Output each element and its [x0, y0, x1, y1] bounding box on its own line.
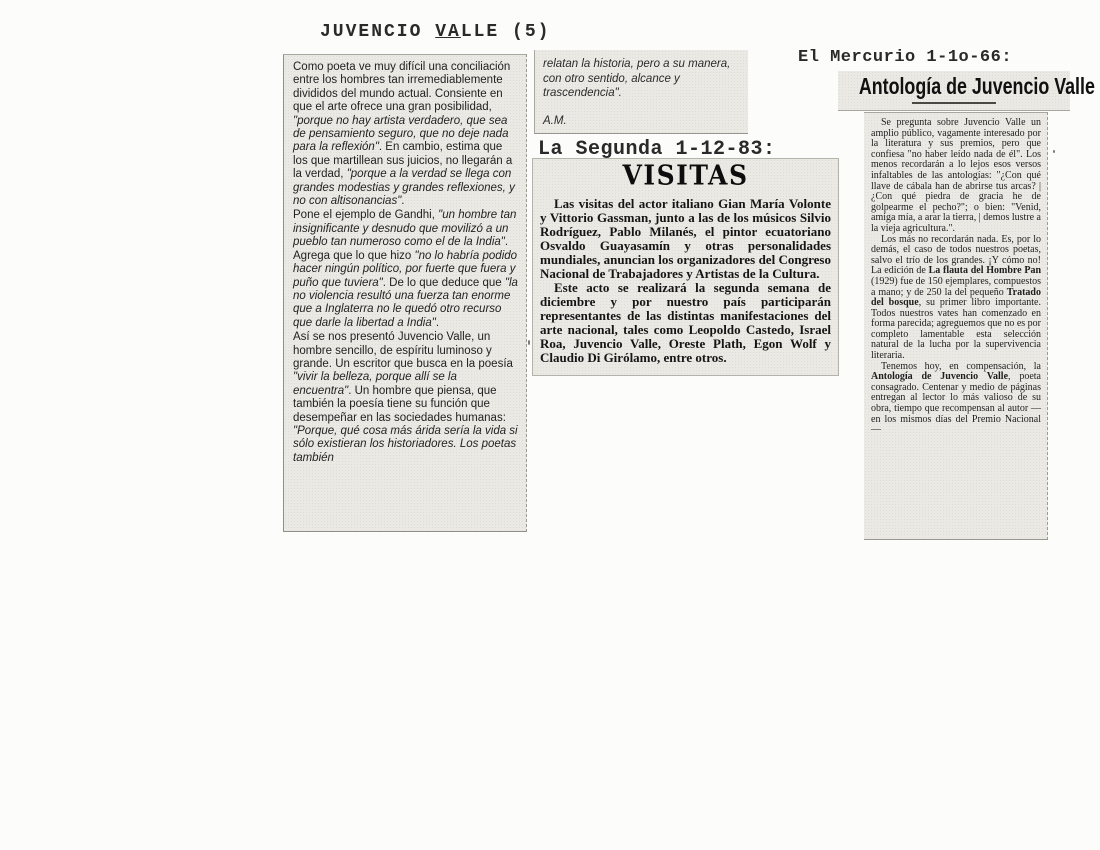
scanned-page: JUVENCIO VALLE (5) Como poeta ve muy dif… [0, 0, 1100, 850]
article-paragraph: Los más no recordarán nada. Es, por lo d… [871, 235, 1041, 362]
scan-speck [1053, 150, 1055, 153]
note-text: relatan la historia, pero a su manera, c… [543, 57, 740, 101]
note-signature: A.M. [543, 114, 740, 129]
article-paragraph: Como poeta ve muy difícil una conciliaci… [293, 61, 518, 208]
article-paragraph: Tenemos hoy, en compensación, la Antolog… [871, 362, 1041, 436]
article-paragraph: Se pregunta sobre Juvencio Valle un ampl… [871, 118, 1041, 235]
antologia-headline: Antología de Juvencio Valle [859, 74, 1095, 101]
visitas-headline: VISITAS [540, 162, 831, 190]
page-title: JUVENCIO VALLE (5) [320, 22, 550, 42]
antologia-headline-clipping: Antología de Juvencio Valle [838, 71, 1070, 111]
article-paragraph: Pone el ejemplo de Gandhi, "un hombre ta… [293, 209, 518, 330]
antologia-article-clipping: Se pregunta sobre Juvencio Valle un ampl… [864, 112, 1048, 540]
headline-rule [912, 102, 996, 104]
scan-speck [303, 63, 305, 65]
article-paragraph: Este acto se realizará la segunda semana… [540, 281, 831, 365]
article-paragraph: Las visitas del actor italiano Gian Marí… [540, 197, 831, 281]
visitas-clipping: VISITAS Las visitas del actor italiano G… [532, 158, 839, 376]
left-article-clipping: Como poeta ve muy difícil una conciliaci… [283, 54, 527, 532]
article-paragraph: Así se nos presentó Juvencio Valle, un h… [293, 331, 518, 465]
note-clipping: relatan la historia, pero a su manera, c… [534, 50, 748, 134]
scan-speck [528, 340, 530, 345]
el-mercurio-dateline: El Mercurio 1-1o-66: [798, 48, 1012, 67]
